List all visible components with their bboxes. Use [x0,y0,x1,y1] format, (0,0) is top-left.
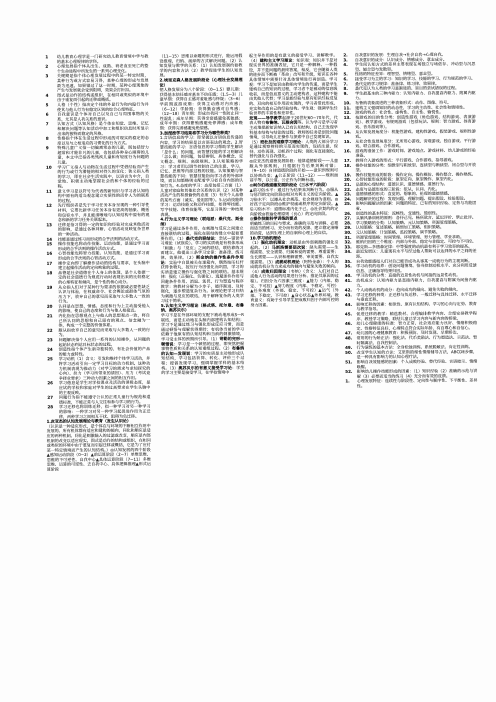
note-text: 发现——导学教学起源于20世纪60~70年代，代表人物有布鲁纳、瓦根舍因等。认为… [249,115,338,139]
note-paragraph: 起主导作用的是有意义的接受学习、讲解教学。（4）建构主义学习理论：知识观：知识并… [249,53,338,116]
note-text: 问题行为指不能遵守公认的正常儿童行为规范和道德标准，不能正常与人交往和参与学习的… [59,395,151,405]
note-text: 内化指在思想观点上与他人的思想观点一致，将自己所认同的思想和自己原有的观点、信念… [58,313,150,328]
note-text: ▲前习俗水平：通过行为结果来判断行为。◎服从与惩罚的定向阶段◎相对功利主义的定向… [250,187,339,216]
item-number: 24 [47,347,53,352]
note-text: 性格指个体在生活过程中形成的对现实的稳定的态度以及与之相适应的习惯化的行为方式。 [57,136,149,146]
item-number: 45. [345,312,352,317]
note-text: 创造性指个体产生新奇独特的、有社会价值的产品的能力或特性。 [59,347,151,357]
item-number: 7 [46,122,49,127]
note-text: 影响自我效能感的因素：个人成败经验、替代经验、言语暗示、情绪唤醒。 [357,359,478,369]
note-text: 特殊儿童广义指一切偏离常态的儿童，既包括智力超常和才能非凡的儿童，也包括各种身心… [57,145,149,164]
column-2-theories: （11~15）思维以命题的形式进行，能运用假设推理、归纳、演绎的方式解决问题。（… [159,54,244,376]
note-text: 意义学习是以符号为代表的新知识与学习者认知结构中原有的适当观念建立实质性的而非人… [58,188,150,203]
item-number: 13 [46,223,52,228]
item-number: 27 [47,395,53,400]
note-text: 操作技能也称动作技能、运动技能，是通过学习而形成的合乎法则的操作活动方式。 [58,241,150,251]
item-number: 25 [47,357,53,362]
section-heading: 5.认知主义学习理论（格式塔、托尔曼、布鲁纳、奥苏贝尔） [161,303,244,313]
note-paragraph: 学习不是在外部环境的支配下被动地形成S—R联结，而是主动地在头脑内部建构认知结构… [161,313,244,376]
note-paragraph: 学习是通过条件作用，在刺激与反应之间建立直接联结的过程，强化在联结的建立中起着重… [160,226,243,303]
item-number: 46. [345,321,352,326]
item-number: 8 [46,136,49,141]
item-number: 12 [46,203,52,208]
numbered-item: 18品德是社会道德在个人身上的体现，是个人依据一定的社会道德行为规范行动时表现出… [46,270,150,285]
numbered-item: 12先行组织者是先于学习任务本身呈现的一种引导性材料，它要比新学习任务本身有更高… [45,203,149,223]
item-number: 48. [345,336,352,341]
note-text: 5.认知主义学习理论（格式塔、托尔曼、布鲁纳、奥苏贝尔） [161,303,244,313]
note-paragraph: 明确练习的目标与要求、准确的示范与讲解、必要而适当的练习、充分而有效的反馈、建立… [250,221,339,236]
item-number: 28 [47,405,53,410]
item-number: 18 [47,271,53,276]
note-text: 1.言语信息的学习：即掌握以言语信息传递的内容，学习的结果是以言语表达的观念。2… [160,135,243,217]
note-text: 操作定向即了解操作活动的结构与要求，在头脑中建立起操作活动的定向映象的过程。 [58,260,150,270]
item-number: 6 [46,112,49,117]
numbered-item: 10学习广义指人与动物在生活过程中凭借经验而产生的行为或行为潜能的相对持久的变化… [45,164,149,189]
numbered-item: 11意义学习是以符号为代表的新知识与学习者认知结构中原有的适当观念建立实质性的而… [45,188,149,203]
item-number: 15 [46,242,52,247]
note-paragraph: ▲前习俗水平：通过行为结果来判断行为。◎服从与惩罚的定向阶段◎相对功利主义的定向… [250,187,339,216]
item-number: 20 [47,304,53,309]
note-text: 问题解决指个人应用一系列的认知操作，从问题的起始状态到达目标状态的过程。 [59,337,151,347]
note-text: 从社会性发展角度分：无所用心游戏、旁观游戏、独自游戏、平行游戏、联合游戏、合作游… [355,138,476,148]
note-text: 心理发展指个体从出生、成熟、衰老直至死亡的整个生命进程中所发生的一系列心理变化。 [57,64,149,74]
item-number: 23 [47,338,53,343]
note-text: 学生间认知方式的差异主要表现在场独立与场依存、冲动型与沉思型、辐合型与发散型。 [355,62,476,72]
item-number: 1. [345,379,349,384]
numbered-item: 13.按游戏的目的性分类：创造性游戏（角色游戏、结构游戏、表演游戏）、教学游戏、… [343,114,476,129]
note-text: 自我意识是个体对自己以及自己与周围事物的关系，尤其是人我关系的意识。 [57,112,149,122]
numbered-item: 9特殊儿童广义指一切偏离常态的儿童，既包括智力超常和才能非凡的儿童，也包括各种身… [45,145,149,165]
numbered-item: 26学习倦怠是学生对学校课业及活动的消极态度，是应试的学校和家庭对学生的过高要求… [46,380,150,395]
note-text: 操作技能的分类：细微型与粗放型、连续型与断续型、闭合型与开放型。 [356,162,477,172]
numbered-item: 13迁移是指习得的一定的知识和经验对完成其他活动的影响，是通过各种判断、心智活动… [45,222,149,237]
note-text: 人格（个性）指决定个体的外显行为和内隐行为并使其与他人行为有稳定区别的综合心理特… [57,102,149,112]
item-number: 41. [345,278,352,283]
note-text: 动机成分：认知内驱力是直接内驱力，自我提高与附属为间接内驱力。 [356,278,477,288]
item-number: 16. [344,149,351,154]
item-number: 36. [345,264,352,269]
numbered-item: 21内化指在思想观点上与他人的思想观点一致，将自己所认同的思想和自己原有的观点、… [46,313,150,328]
note-text: 学习广义指人与动物在生活过程中凭借经验而产生的行为或行为潜能的相对持久的变化；狭… [58,164,150,188]
note-text: 游戏的准备工作：游戏时间、游戏地点、游戏材料、幼儿游戏的经验准备。 [355,148,476,158]
note-text: （1）强化动机理论：动机是由外部刺激的强化引起的。（2）马斯洛需要层次说：缺失需… [250,240,339,307]
note-text: 改变学生认知的方法：艾里斯的理性情绪辅导方法，ABCDE步骤，是一种具有影响力的… [357,349,478,359]
notes-sheet: 1幼儿教育心理学是一门研究幼儿教育情境中学与教的基本心理规律的学科。2心理发展指… [0,0,496,702]
note-text: 把人格发展分为八个阶段：（0~1.5）婴儿期：获得基本信任感对基本不信任感；（1… [160,87,243,130]
column-1-definitions: 1幼儿教育心理学是一门研究幼儿教育情境中学与教的基本心理规律的学科。2心理发展指… [44,54,151,472]
note-text: 学习迁移的种类：正迁移与负迁移、一般迁移与具体迁移、水平迁移与垂直迁移。 [356,292,477,302]
item-number: 4 [46,93,49,98]
note-paragraph: （5）班杜拉的观察学习理论：人类的大部分学习是通过观察榜样的示范而实现的，包括注… [249,139,338,159]
item-number: 18. [344,163,351,168]
numbered-item: 28学习迁移也称训练迁移，指一种学习对另一种学习的影响：一种学习对另一种学习起促… [46,404,150,419]
note-text: 学生最基本的三种内驱力：认知内驱力、自我提高内驱力、附属内驱力。 [355,90,476,100]
item-number: 19 [47,285,53,290]
note-text: （11~15）思维以命题的形式进行，能运用假设推理、归纳、演绎的方式解决问题。（… [159,54,242,78]
item-number: 51. [345,360,352,365]
item-number: 21 [47,314,53,319]
note-paragraph: （认识是一种适应形式，是个体在与环境的不断相互作用中发展的。所有机体都有适应和建… [47,423,151,472]
note-text: 认知方式（认知风格）是个体在知觉、思维、记忆和解决问题等认知活动中加工和组织信息… [57,121,149,136]
note-text: 关键期是指个体心理发展过程中的某一特定时期，某种行为或方式容易习得，某种心理的形… [57,73,149,92]
note-text: 影响迁移的因素：相似性、原有认知结构、学习的心向与定势、教育与教学指导。 [356,302,477,312]
scanned-notes-page: 1幼儿教育心理学是一门研究幼儿教育情境中学与教的基本心理规律的学科。2心理发展指… [0,0,496,702]
note-text: 从认知发展角度分：机能性游戏、建构性游戏、假装游戏、规则性游戏。 [355,129,476,139]
note-paragraph: 把人格发展分为八个阶段：（0~1.5）婴儿期：获得基本信任感对基本不信任感；（1… [160,87,243,131]
numbered-item: 3关键期是指个体心理发展过程中的某一特定时期，某种行为或方式容易习得，某种心理的… [44,73,148,93]
note-text: 学习是通过条件作用，在刺激与反应之间建立直接联结的过程，强化在联结的建立中起着重… [160,226,243,303]
item-number: 25. [344,202,351,207]
note-paragraph: （11~15）思维以命题的形式进行，能运用假设推理、归纳、演绎的方式解决问题。（… [159,54,242,78]
item-number: 16 [47,251,53,256]
numbered-item: 7认知方式（认知风格）是个体在知觉、思维、记忆和解决问题等认知活动中加工和组织信… [45,121,149,136]
item-number: 13. [344,115,351,120]
numbered-item: 19从众指人们对于某种行为要求的依据或必要性缺乏认识与体验，在权威命令、社会舆论… [46,284,150,304]
note-text: 品德是社会道德在个人身上的体现，是个人依据一定的社会道德行为规范行动时表现出来的… [58,270,150,285]
note-text: 明确练习的目标与要求、准确的示范与讲解、必要而适当的练习、充分而有效的反馈、建立… [250,221,339,236]
column-4-short-answers: 2.自我意识的发展：生理自我→社会自我→心理自我。3.自我意识的成分：认识成分、… [342,52,477,389]
note-text: 心智技能也称智力技能、认知技能，是通过学习而形成的合乎法则的心智活动方式。 [58,251,150,261]
note-text: 最近发展区：儿童现有水平与经过他人帮助可以达到的水平之间的差距。 [356,249,477,259]
note-text: 学习不是在外部环境的支配下被动地形成S—R联结，而是主动地在头脑内部建构认知结构… [161,313,244,376]
item-number: 3 [45,74,48,79]
item-number: 2 [45,64,48,69]
item-number: 15. [344,139,351,144]
note-text: 4.行为主义学习理论（联结派：桑代克、斯金纳） [160,217,243,227]
note-text: 迁移是指习得的一定的知识和经验对完成其他活动的影响，是通过各种判断、心智活动反映… [58,222,150,237]
item-number: 44. [345,302,352,307]
note-text: 心理发展特征：连续性与阶段性、定向性与顺序性、不平衡性、差异性。 [357,378,478,388]
note-text: 2.埃里克森人格发展阶段论（心理社会发展理论） [159,78,242,88]
note-paragraph: 发现——导学教学起源于20世纪60~70年代，代表人物有布鲁纳、瓦根舍因等。认为… [249,115,338,140]
note-paragraph: （1）强化动机理论：动机是由外部刺激的强化引起的。（2）马斯洛需要层次说：缺失需… [250,240,339,308]
item-number: 14. [344,130,351,135]
note-text: 按游戏的目的性分类：创造性游戏（角色游戏、结构游戏、表演游戏）、教学游戏、有规则… [355,114,476,129]
note-text: 图式是动作的结构或组织，在相同或类似的环境中由于重复而引起的迁移或概括。 [57,92,149,102]
note-text: 学习动机（1）含义：引发和维持个体学习活动，并将学习活动引向一定学习目标的动力机… [59,356,151,380]
note-text: 常用的行为矫正法：强化法、代币奖励法、行为塑造法、示范法、暂时隔离法、自我控制法… [357,335,478,345]
note-text: （认识是一种适应形式，是个体在与环境的不断相互作用中发展的。所有机体都有适应和建… [47,423,151,471]
item-number: 10 [46,165,52,170]
item-number: 5 [46,103,49,108]
item-number: 50. [345,350,352,355]
item-number: 43. [345,293,352,298]
item-number: 34. [345,250,352,255]
numbered-item: 25学习动机（1）含义：引发和维持个体学习活动，并将学习活动引向一定学习目标的动… [46,356,150,381]
note-text: 先行组织者是先于学习任务本身呈现的一种引导性材料，它要比新学习任务本身有更高的抽… [58,203,150,222]
item-number: 9 [46,146,49,151]
column-3-theories: 起主导作用的是有意义的接受学习、讲解教学。（4）建构主义学习理论：知识观：知识并… [249,53,339,308]
item-number: 52. [345,369,352,374]
item-number: 11 [46,189,52,194]
note-text: 从众指人们对于某种行为要求的依据或必要性缺乏认识与体验，在权威命令、社会舆论或群… [58,284,150,303]
item-number: 17 [47,261,53,266]
note-text: （5）班杜拉的观察学习理论：人类的大部分学习是通过观察榜样的示范而实现的，包括注… [249,139,338,158]
note-paragraph: 1.言语信息的学习：即掌握以言语信息传递的内容，学习的结果是以言语表达的观念。2… [160,135,243,217]
note-text: 学习迁移也称训练迁移，指一种学习对另一种学习的影响：一种学习对另一种学习起促进作… [59,404,151,419]
note-text: 促进迁移的教学：精选教材、合理编排教学内容、合理安排教学程序、教授学习策略，联结… [356,311,477,321]
note-text: 学习动机的培养：创设问题情境、恰当控制动机水平、充分利用反馈信息、正确指导结果归… [356,263,477,273]
note-text: 服从指放弃自己的意见而采取与大多数人一致的行为。 [59,328,151,338]
item-number: 4. [343,62,347,67]
item-number: 9. [344,91,348,96]
note-paragraph: ◎皮亚杰的道德发展阶段：他律道德阶段——儿童服从外部规则，只根据行为后果判断对错… [249,158,338,183]
note-text: 幼儿教育心理学是一门研究幼儿教育情境中学与教的基本心理规律的学科。 [57,54,149,64]
item-number: 26 [47,381,53,386]
item-number: 1 [45,55,48,60]
note-text: 起主导作用的是有意义的接受学习、讲解教学。（4）建构主义学习理论：知识观：知识并… [249,53,338,116]
note-text: 学习倦怠是学生对学校课业及活动的消极态度，是应试的学校和家庭对学生的过高要求在学… [59,380,151,395]
note-text: 影响问题解决的因素：问题的特征、已有的知识经验、定势与功能固着。 [356,201,477,211]
item-number: 22 [47,328,53,333]
note-text: 认同是在思想、情感、态度和行为上主动接受他人的影响，使自己的态度和行为与他人相接… [58,304,150,314]
note-text: ◎皮亚杰的道德发展阶段：他律道德阶段——儿童服从外部规则，只根据行为后果判断对错… [249,158,338,182]
section-heading: 2.埃里克森人格发展阶段论（心理社会发展理论） [159,78,242,88]
numbered-item: 1.心理发展特征：连续性与阶段性、定向性与顺序性、不平衡性、差异性。 [344,378,477,388]
